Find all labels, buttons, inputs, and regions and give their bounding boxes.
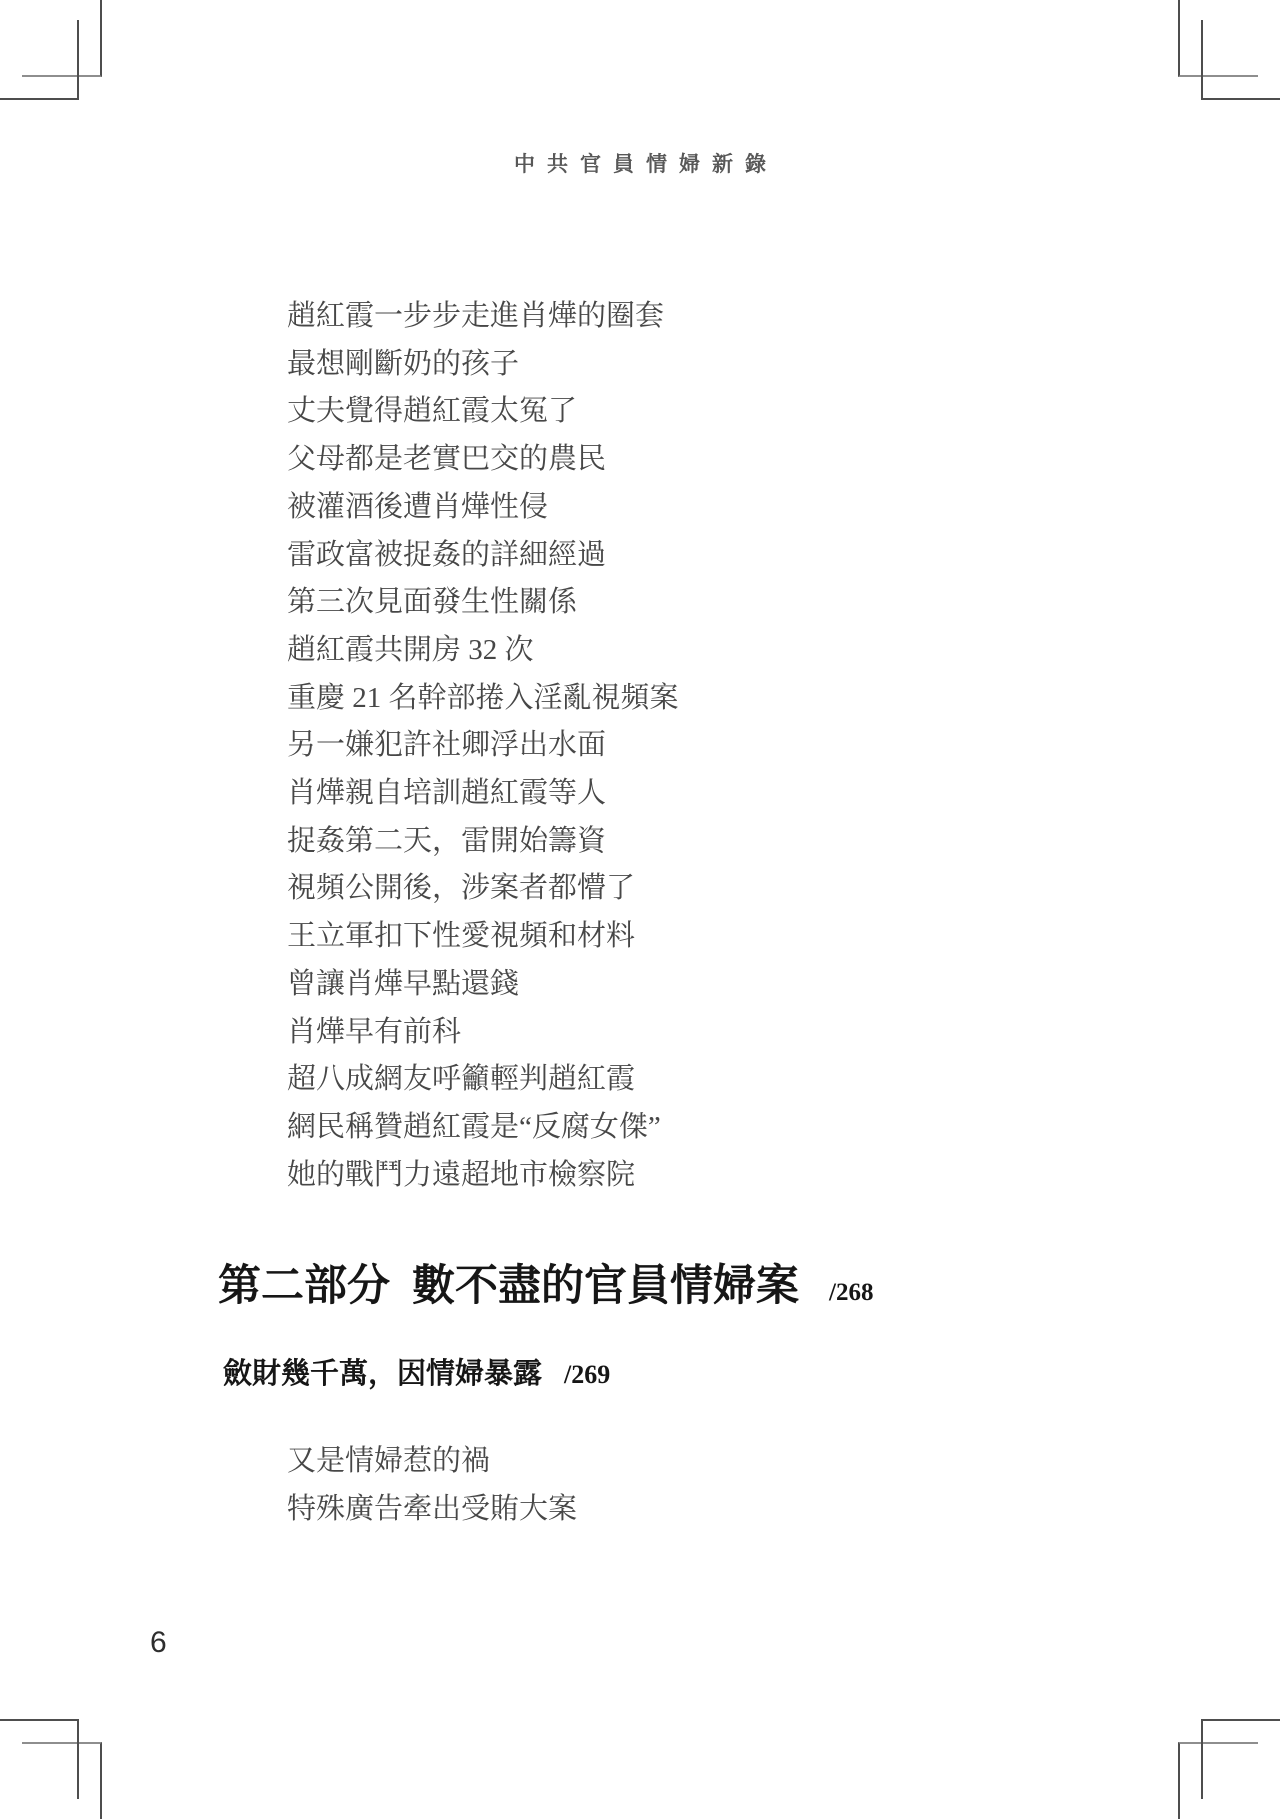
crop-mark-top-right-inner bbox=[1201, 20, 1280, 100]
toc-entry: 曾讓肖燁早點還錢 bbox=[287, 961, 679, 1009]
crop-mark-top-left-inner bbox=[0, 20, 79, 100]
crop-mark-bottom-left-inner bbox=[0, 1719, 79, 1799]
toc-entry: 父母都是老實巴交的農民 bbox=[287, 436, 679, 484]
toc-entry-list-part2: 又是情婦惹的禍特殊廣告牽出受賄大案 bbox=[287, 1438, 577, 1533]
book-page: 中共官員情婦新錄 趙紅霞一步步走進肖燁的圈套最想剛斷奶的孩子丈夫覺得趙紅霞太冤了… bbox=[0, 0, 1280, 1819]
toc-entry: 趙紅霞一步步走進肖燁的圈套 bbox=[287, 293, 679, 341]
toc-entry: 又是情婦惹的禍 bbox=[287, 1438, 577, 1486]
toc-entry: 另一嫌犯許社卿浮出水面 bbox=[287, 722, 679, 770]
toc-entry: 視頻公開後，涉案者都懵了 bbox=[287, 865, 679, 913]
toc-entry: 第三次見面發生性關係 bbox=[287, 579, 679, 627]
toc-entry: 最想剛斷奶的孩子 bbox=[287, 341, 679, 389]
toc-entry: 捉姦第二天，雷開始籌資 bbox=[287, 818, 679, 866]
toc-entry: 趙紅霞共開房 32 次 bbox=[287, 627, 679, 675]
part2-heading-page-ref: /268 bbox=[829, 1279, 873, 1306]
toc-entry: 肖燁早有前科 bbox=[287, 1009, 679, 1057]
part2-heading-label: 第二部分 bbox=[218, 1262, 390, 1310]
toc-entry: 丈夫覺得趙紅霞太冤了 bbox=[287, 388, 679, 436]
toc-entry: 網民稱贊趙紅霞是“反腐女傑” bbox=[287, 1104, 679, 1152]
crop-mark-bottom-right-inner bbox=[1201, 1719, 1280, 1799]
chapter-heading-title: 斂財幾千萬，因情婦暴露 bbox=[223, 1358, 542, 1390]
running-header: 中共官員情婦新錄 bbox=[0, 148, 1280, 178]
toc-entry: 重慶 21 名幹部捲入淫亂視頻案 bbox=[287, 675, 679, 723]
toc-entry: 特殊廣告牽出受賄大案 bbox=[287, 1486, 577, 1534]
chapter-heading-page-ref: /269 bbox=[564, 1360, 610, 1389]
toc-entry: 她的戰鬥力遠超地市檢察院 bbox=[287, 1152, 679, 1200]
toc-entry-list-part1: 趙紅霞一步步走進肖燁的圈套最想剛斷奶的孩子丈夫覺得趙紅霞太冤了父母都是老實巴交的… bbox=[287, 293, 679, 1199]
part2-heading-title: 數不盡的官員情婦案 bbox=[412, 1262, 799, 1310]
toc-entry: 雷政富被捉姦的詳細經過 bbox=[287, 532, 679, 580]
chapter-heading: 斂財幾千萬，因情婦暴露/269 bbox=[223, 1351, 610, 1392]
toc-entry: 被灌酒後遭肖燁性侵 bbox=[287, 484, 679, 532]
toc-entry: 肖燁親自培訓趙紅霞等人 bbox=[287, 770, 679, 818]
part2-heading: 第二部分數不盡的官員情婦案/268 bbox=[218, 1252, 873, 1313]
toc-entry: 超八成網友呼籲輕判趙紅霞 bbox=[287, 1056, 679, 1104]
toc-entry: 王立軍扣下性愛視頻和材料 bbox=[287, 913, 679, 961]
page-number: 6 bbox=[150, 1626, 167, 1660]
